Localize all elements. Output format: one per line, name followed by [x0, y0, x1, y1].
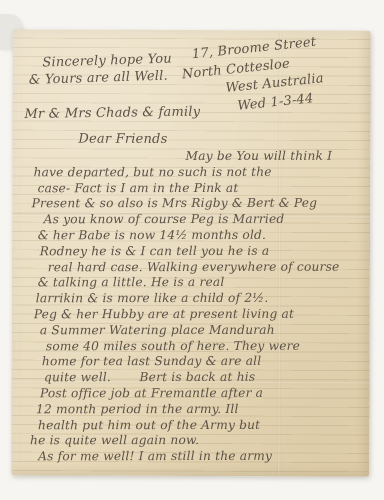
- letter-line: some 40 miles south of here. They were: [46, 338, 364, 354]
- letter-line: Rodney he is & I can tell you he is a: [40, 244, 364, 260]
- letter-line: case- Fact is I am in the Pink at: [38, 180, 364, 196]
- letter-body: May be You will think I have departed, b…: [28, 149, 365, 466]
- letter-line: larrikin & is more like a child of 2½.: [36, 291, 364, 307]
- letter-line: As you know of course Peg is Married: [44, 212, 364, 228]
- letter-line: & her Babe is now 14½ months old.: [38, 228, 364, 244]
- letter-line: As for me well! I am still in the army: [38, 449, 364, 465]
- letter-line: real hard case. Walking everywhere of co…: [48, 259, 364, 275]
- letter-photo: 17, Broome Street North Cottesloe West A…: [0, 0, 384, 500]
- letter-line: he is quite well again now.: [30, 433, 364, 449]
- letter-line: Post office job at Fremantle after a: [40, 386, 364, 402]
- letter-line: May be You will think I: [186, 149, 364, 165]
- closing-note: Sincerely hope You & Yours are all Well.: [28, 51, 173, 88]
- letter-line: 12 month period in the army. Ill: [36, 401, 364, 417]
- letter-line: home for tea last Sunday & are all: [42, 354, 364, 370]
- letter-line: Present & so also is Mrs Rigby & Bert & …: [32, 196, 364, 212]
- recipient-line: Mr & Mrs Chads & family: [24, 104, 200, 121]
- address-block: 17, Broome Street North Cottesloe West A…: [179, 33, 326, 121]
- letter-line: Peg & her Hubby are at present living at: [34, 307, 364, 323]
- letter-line: a Summer Watering place Mandurah: [40, 322, 364, 338]
- letter-paper: 17, Broome Street North Cottesloe West A…: [11, 29, 371, 476]
- letter-line: & talking a little. He is a real: [38, 275, 364, 291]
- greeting: Dear Friends: [78, 132, 167, 147]
- letter-line: health put him out of the Army but: [38, 417, 364, 433]
- letter-line: have departed, but no such is not the: [34, 165, 364, 181]
- letter-line: quite well. Bert is back at his: [44, 370, 364, 386]
